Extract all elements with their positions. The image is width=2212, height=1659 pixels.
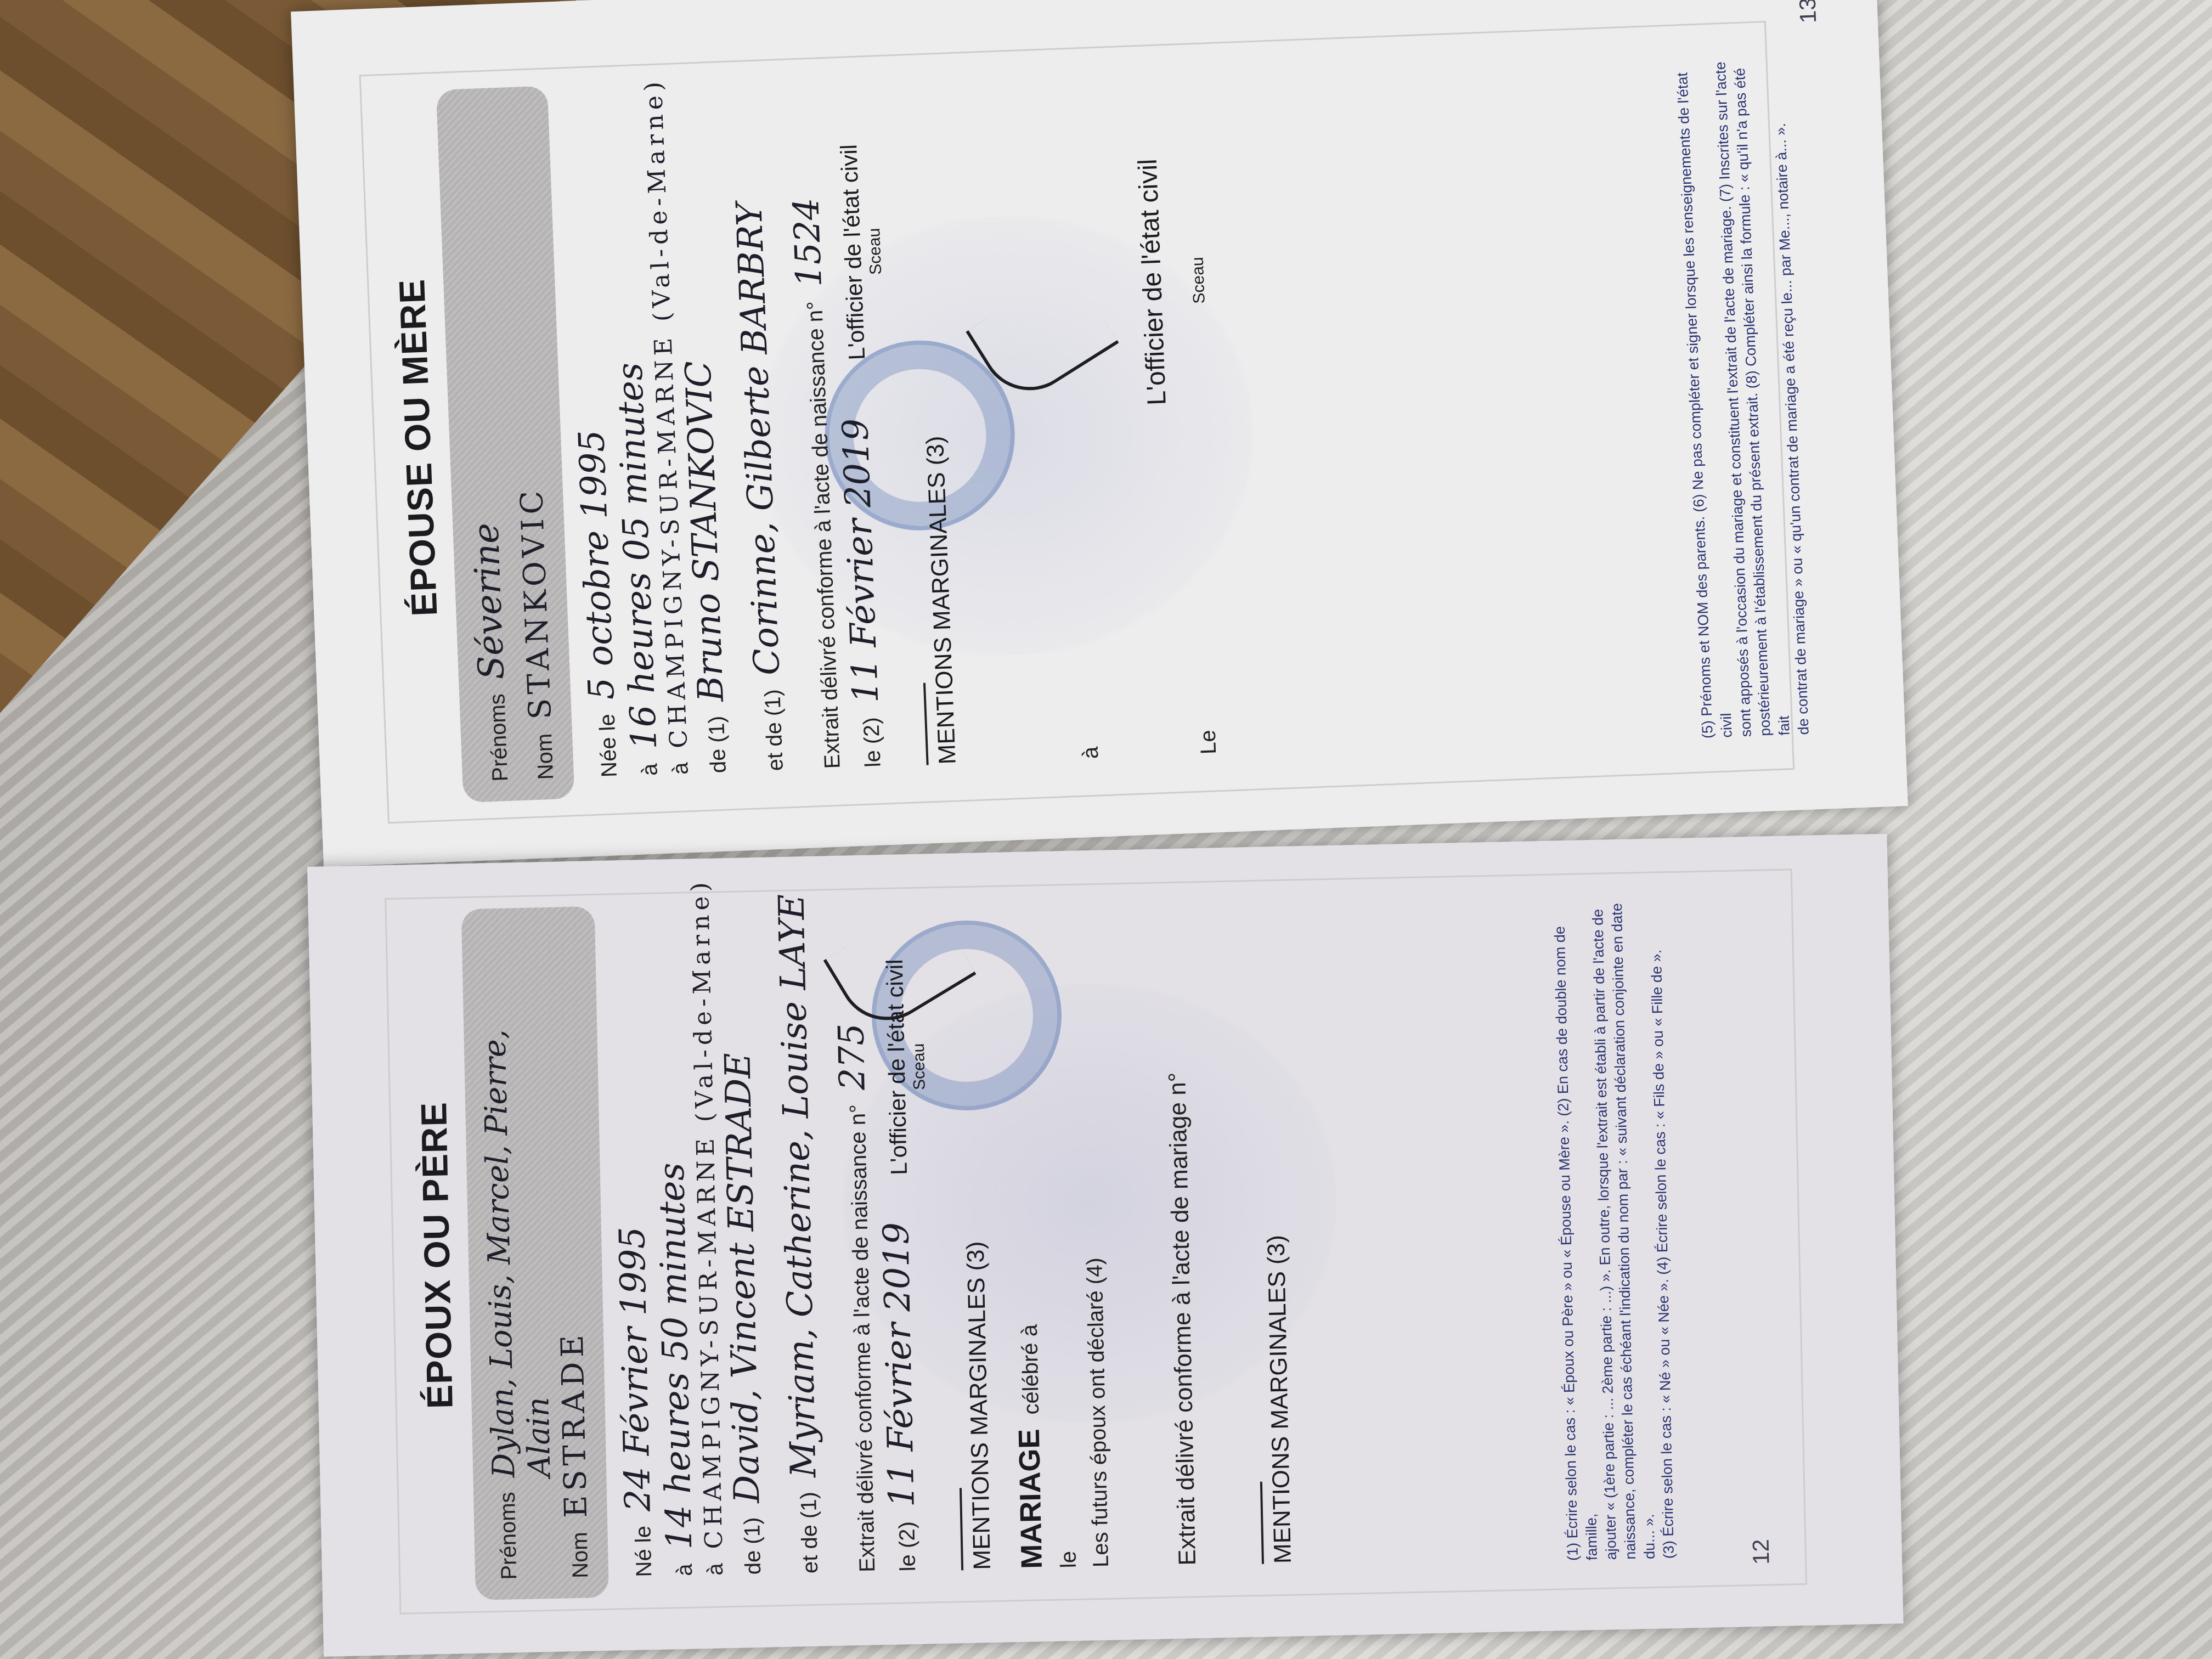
content-frame: ÉPOUX OU PÈRE PrénomsDylan, Louis, Marce… — [385, 868, 1807, 1614]
family-booklet: 13 ÉPOUSE OU MÈRE PrénomsSéverine NomSTA… — [307, 11, 1931, 1657]
nom-value: ESTRADE — [555, 1330, 594, 1518]
extrait-number: 275 — [831, 1023, 873, 1091]
sceau-label: Sceau — [910, 1043, 929, 1091]
de-label: de (1) — [740, 1517, 766, 1575]
officer-label-bottom: L'officier de l'état civil — [1130, 82, 1175, 482]
sceau-label-bottom: Sceau — [1182, 81, 1216, 481]
nee-le-label: Née le — [595, 713, 622, 777]
a-label: à — [703, 1563, 728, 1576]
mentions-heading: MENTIONS MARGINALES (3) — [909, 91, 962, 765]
extrait-mariage-label: Extrait délivré conforme à l'acte de mar… — [1160, 913, 1201, 1566]
footnotes-12: (1) Écrire selon le cas : « Époux ou Pèr… — [1549, 884, 1679, 1577]
mariage-le-label: le — [1043, 916, 1081, 1568]
le-label: le (2) — [859, 716, 885, 768]
et-de-label: et de (1) — [797, 1492, 823, 1574]
a-label: à — [637, 763, 663, 776]
mariage-section: MARIAGEcélébré à le Les futurs époux ont… — [1001, 892, 1297, 1589]
epoux-section: ÉPOUX OU PÈRE PrénomsDylan, Louis, Marce… — [409, 898, 1008, 1601]
le-label: le (2) — [895, 1521, 921, 1572]
et-de-label: et de (1) — [760, 689, 788, 772]
mother-value: Myriam, Catherine, Louise LAYE — [771, 894, 824, 1478]
a-label: à — [668, 762, 693, 775]
extrait-number: 1524 — [786, 197, 830, 288]
epouse-section: ÉPOUSE OU MÈRE PrénomsSéverine NomSTANKO… — [383, 70, 973, 804]
nom-label: Nom — [568, 1532, 594, 1578]
ne-le-label: Né le — [631, 1526, 657, 1577]
identity-box: PrénomsDylan, Louis, Marcel, Pierre, Pré… — [461, 906, 609, 1600]
officer-label: L'officier de l'état civil — [882, 959, 912, 1175]
futurs-epoux-label: Les futurs époux ont déclaré (4) — [1075, 916, 1114, 1568]
section-title: ÉPOUX OU PÈRE — [409, 910, 465, 1601]
mariage-heading: MARIAGE — [1012, 1429, 1049, 1569]
mother-value: Corinne, Gilberte BARBRY — [729, 202, 788, 676]
page-13: 13 ÉPOUSE OU MÈRE PrénomsSéverine NomSTA… — [291, 0, 1908, 867]
ne-le-value: 24 Février 1995 — [612, 1226, 659, 1512]
divider — [960, 1488, 963, 1570]
de-label: de (1) — [704, 715, 731, 774]
nom-value: STANKOVIC — [514, 486, 558, 720]
prenoms-label: Prénoms — [485, 693, 513, 782]
footnotes-13: (5) Prénoms et NOM des parents. (6) Ne p… — [1672, 38, 1814, 755]
prenoms-value-2: Alain — [520, 1397, 557, 1477]
divider — [923, 683, 929, 765]
page-number: 13 — [1795, 0, 1822, 24]
signature-section: à Le L'officier de l'état civil Sceau — [1019, 61, 1227, 781]
sceau-label: Sceau — [865, 228, 885, 275]
content-frame: ÉPOUSE OU MÈRE PrénomsSéverine NomSTANKO… — [359, 21, 1795, 823]
prenoms-value: Séverine — [466, 522, 512, 681]
officer-label: L'officier de l'état civil — [836, 144, 870, 360]
page-12: 12 ÉPOUX OU PÈRE PrénomsDylan, Louis, Ma… — [307, 834, 1904, 1657]
extrait-date: 11 Février 2019 — [876, 1222, 923, 1508]
father-value: David, Vincent ESTRADE — [718, 1052, 768, 1504]
prenoms-label: Prénoms — [495, 1492, 522, 1580]
celebre-label: célébré à — [1018, 1324, 1044, 1415]
nom-label: Nom — [532, 733, 558, 780]
a-bottom-label: à — [1053, 85, 1103, 759]
mentions-heading: MENTIONS MARGINALES (3) — [955, 918, 996, 1570]
a-label: à — [673, 1564, 697, 1576]
divider — [1260, 1482, 1264, 1564]
